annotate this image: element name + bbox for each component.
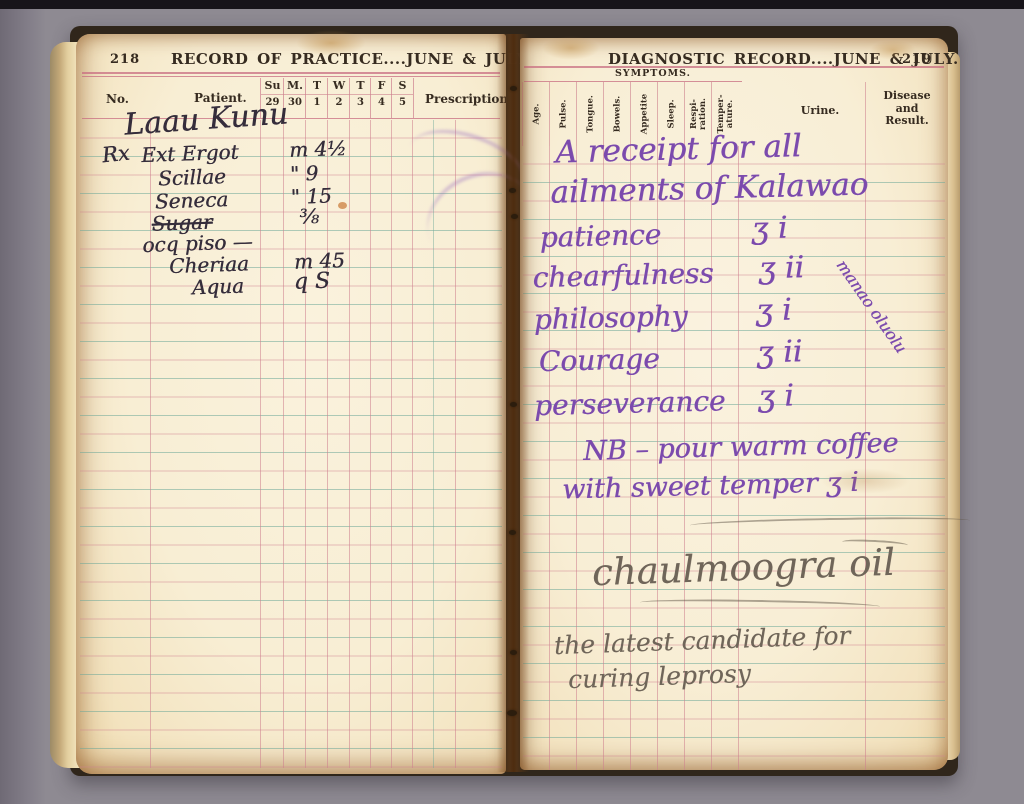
scan-left-shadow [0,9,46,804]
ink-spot [338,202,347,209]
stitch-hole [509,188,516,193]
stitch-hole [510,86,517,91]
note-line: A receipt for all [555,128,802,170]
stain [870,40,916,60]
remedy-item: perseverance ʒ i [534,384,726,422]
stain [820,468,910,494]
book-gutter [497,34,529,772]
stitch-hole [511,214,518,219]
stain [296,30,366,56]
stitch-hole [507,710,517,716]
stitch-hole [510,650,517,655]
nb-line: NB – pour warm coffee [583,428,899,467]
right-page: DIAGNOSTIC RECORD....JUNE & JULY. 219 SY… [520,38,948,770]
remedy-item: Courage ʒ ii [538,342,660,378]
remedy-item: patience ʒ i [539,218,662,254]
stain [542,36,600,60]
nb-line: with sweet temper ʒ i [562,467,859,506]
remedy-item: chearfulness ʒ ii [532,256,714,294]
rx-line: Ext Ergot m 4½ [141,140,239,167]
note-line: ailments of Kalawao [550,166,869,210]
remedy-item: philosophy ʒ i [533,299,688,336]
scan-top-edge [0,0,1024,9]
left-page: 218 RECORD OF PRACTICE....JUNE & JULY. N… [76,34,506,774]
scanned-ledger-photo: 218 RECORD OF PRACTICE....JUNE & JULY. N… [0,0,1024,804]
stitch-hole [510,402,517,407]
stitch-hole [509,530,516,535]
rx-line: Aqua q S [191,274,244,300]
